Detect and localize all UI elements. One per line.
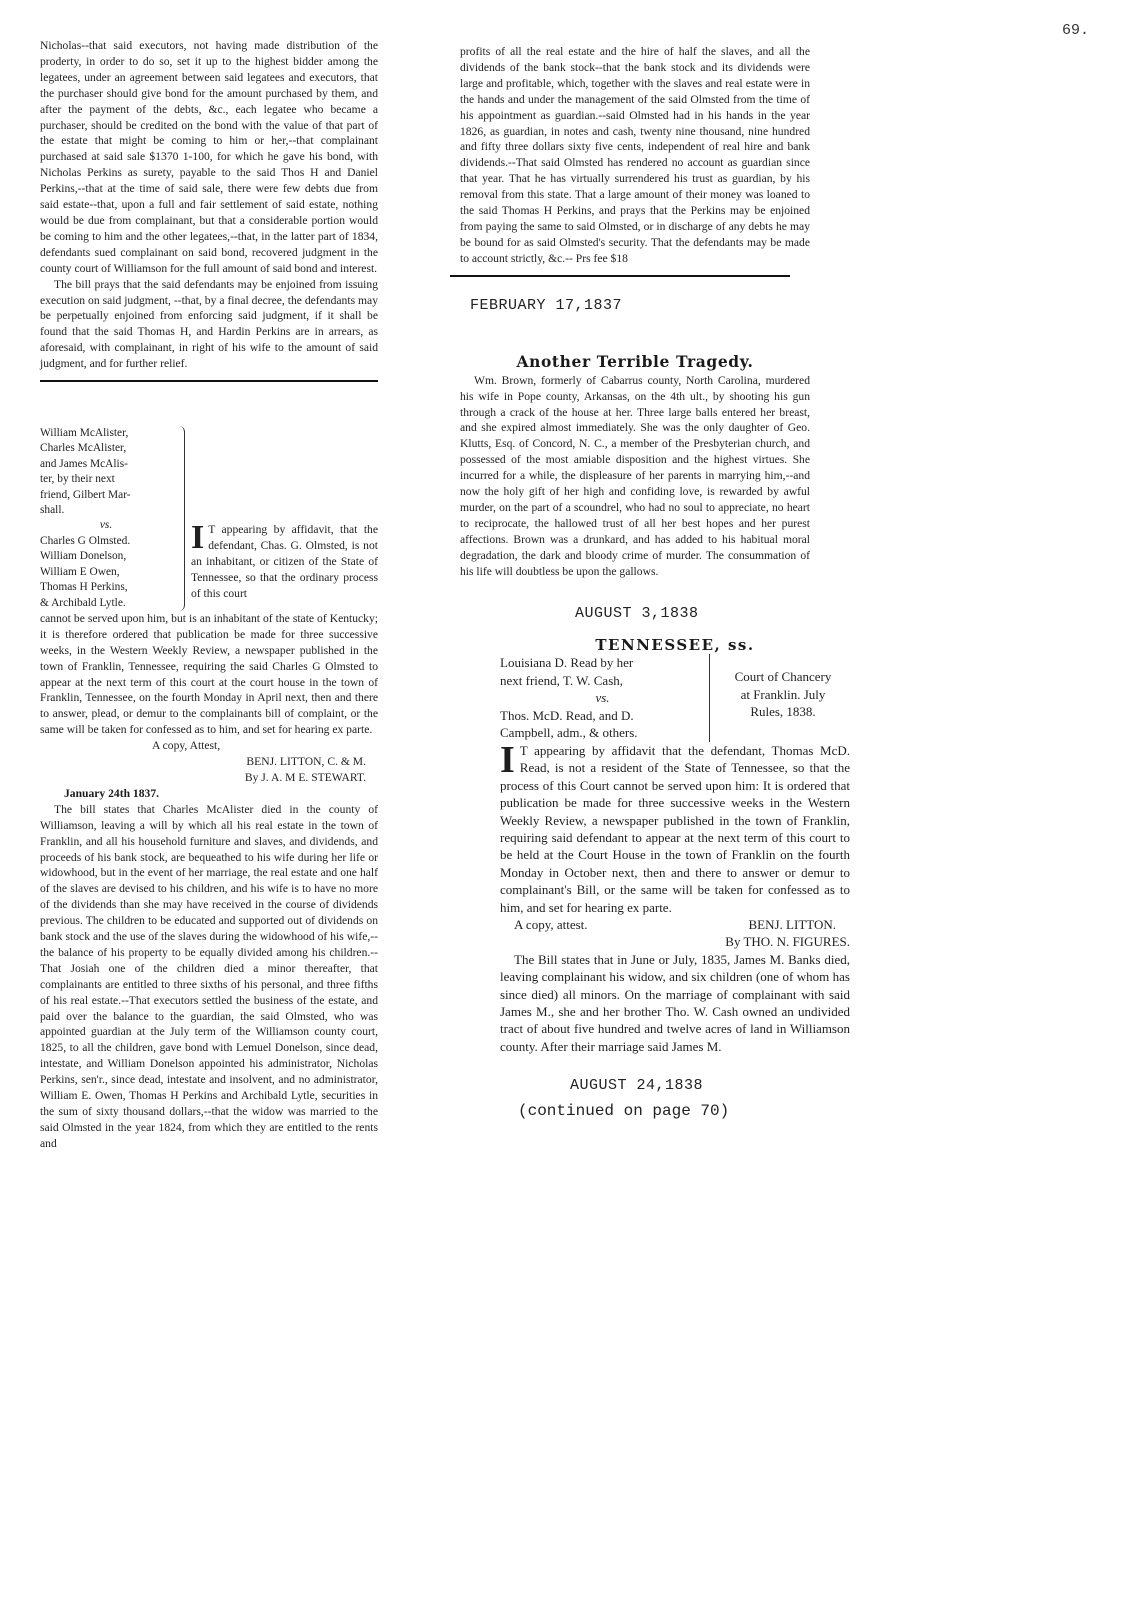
defendant-line: Thos. McD. Read, and D. [500, 707, 705, 725]
case-parties: William McAlister, Charles McAlister, an… [40, 426, 172, 611]
tn-notice-text: T appearing by affidavit that the defend… [500, 743, 850, 915]
tn-notice: IT appearing by affidavit that the defen… [500, 742, 850, 916]
brace-icon [172, 426, 185, 611]
opening-paragraph: Nicholas--that said executors, not havin… [40, 38, 378, 277]
section-divider [40, 380, 378, 382]
date-heading-aug-3-1838: AUGUST 3,1838 [575, 605, 810, 622]
defendant-line: & Archibald Lytle. [40, 596, 172, 611]
court-info: Court of Chancery at Franklin. July Rule… [709, 654, 850, 742]
plaintiff-line: shall. [40, 503, 172, 518]
tn-signature-clerk: BENJ. LITTON. [748, 916, 836, 933]
tn-case-caption: Louisiana D. Read by her next friend, T.… [500, 654, 850, 742]
right-column: profits of all the real estate and the h… [460, 44, 810, 1120]
signature-deputy: By J. A. M E. STEWART. [40, 770, 378, 786]
headline-tragedy: Another Terrible Tragedy. [460, 352, 810, 371]
defendant-line: Charles G Olmsted. [40, 534, 172, 549]
court-line: at Franklin. July [716, 686, 850, 704]
continued-paragraph: profits of all the real estate and the h… [460, 44, 810, 267]
tn-bill-paragraph: The Bill states that in June or July, 18… [500, 951, 850, 1055]
tn-attest-row: A copy, attest. BENJ. LITTON. [500, 916, 850, 933]
defendant-line: William Donelson, [40, 549, 172, 564]
plaintiff-line: Charles McAlister, [40, 441, 172, 456]
defendant-line: Campbell, adm., & others. [500, 724, 705, 742]
left-column: Nicholas--that said executors, not havin… [40, 38, 378, 1152]
defendant-line: William E Owen, [40, 565, 172, 580]
page-number: 69. [1062, 22, 1089, 39]
tn-signature-deputy: By THO. N. FIGURES. [500, 933, 850, 950]
notice-continued: cannot be served upon him, but is an inh… [40, 611, 378, 738]
plaintiff-line: Louisiana D. Read by her [500, 654, 705, 672]
plaintiff-line: and James McAlis- [40, 457, 172, 472]
section-divider [450, 275, 790, 277]
dropcap: I [500, 745, 515, 775]
court-line: Rules, 1838. [716, 703, 850, 721]
plaintiff-line: friend, Gilbert Mar- [40, 488, 172, 503]
notice-date: January 24th 1837. [40, 786, 378, 802]
versus-label: vs. [500, 689, 705, 707]
tn-case-parties: Louisiana D. Read by her next friend, T.… [500, 654, 705, 742]
dropcap: I [191, 524, 204, 552]
plaintiff-line: William McAlister, [40, 426, 172, 441]
tragedy-paragraph: Wm. Brown, formerly of Cabarrus county, … [460, 373, 810, 580]
date-heading-feb-1837: FEBRUARY 17,1837 [470, 297, 810, 314]
plaintiff-line: ter, by their next [40, 472, 172, 487]
tennessee-heading: TENNESSEE, ss. [500, 636, 850, 654]
signature-clerk: BENJ. LITTON, C. & M. [40, 754, 378, 770]
defendant-line: Thomas H Perkins, [40, 580, 172, 595]
notice-lead-text: T appearing by affidavit, that the defen… [191, 523, 378, 600]
plaintiff-line: next friend, T. W. Cash, [500, 672, 705, 690]
bill-paragraph: The bill states that Charles McAlister d… [40, 802, 378, 1152]
tn-attest: A copy, attest. [514, 916, 588, 933]
court-line: Court of Chancery [716, 668, 850, 686]
continued-note: (continued on page 70) [518, 1102, 810, 1120]
attest-line: A copy, Attest, [40, 738, 378, 754]
prayer-paragraph: The bill prays that the said defendants … [40, 277, 378, 372]
versus-label: vs. [40, 518, 172, 533]
case-caption: William McAlister, Charles McAlister, an… [40, 426, 378, 611]
notice-lead: I T appearing by affidavit, that the def… [191, 426, 378, 611]
date-heading-aug-24-1838: AUGUST 24,1838 [570, 1077, 810, 1094]
